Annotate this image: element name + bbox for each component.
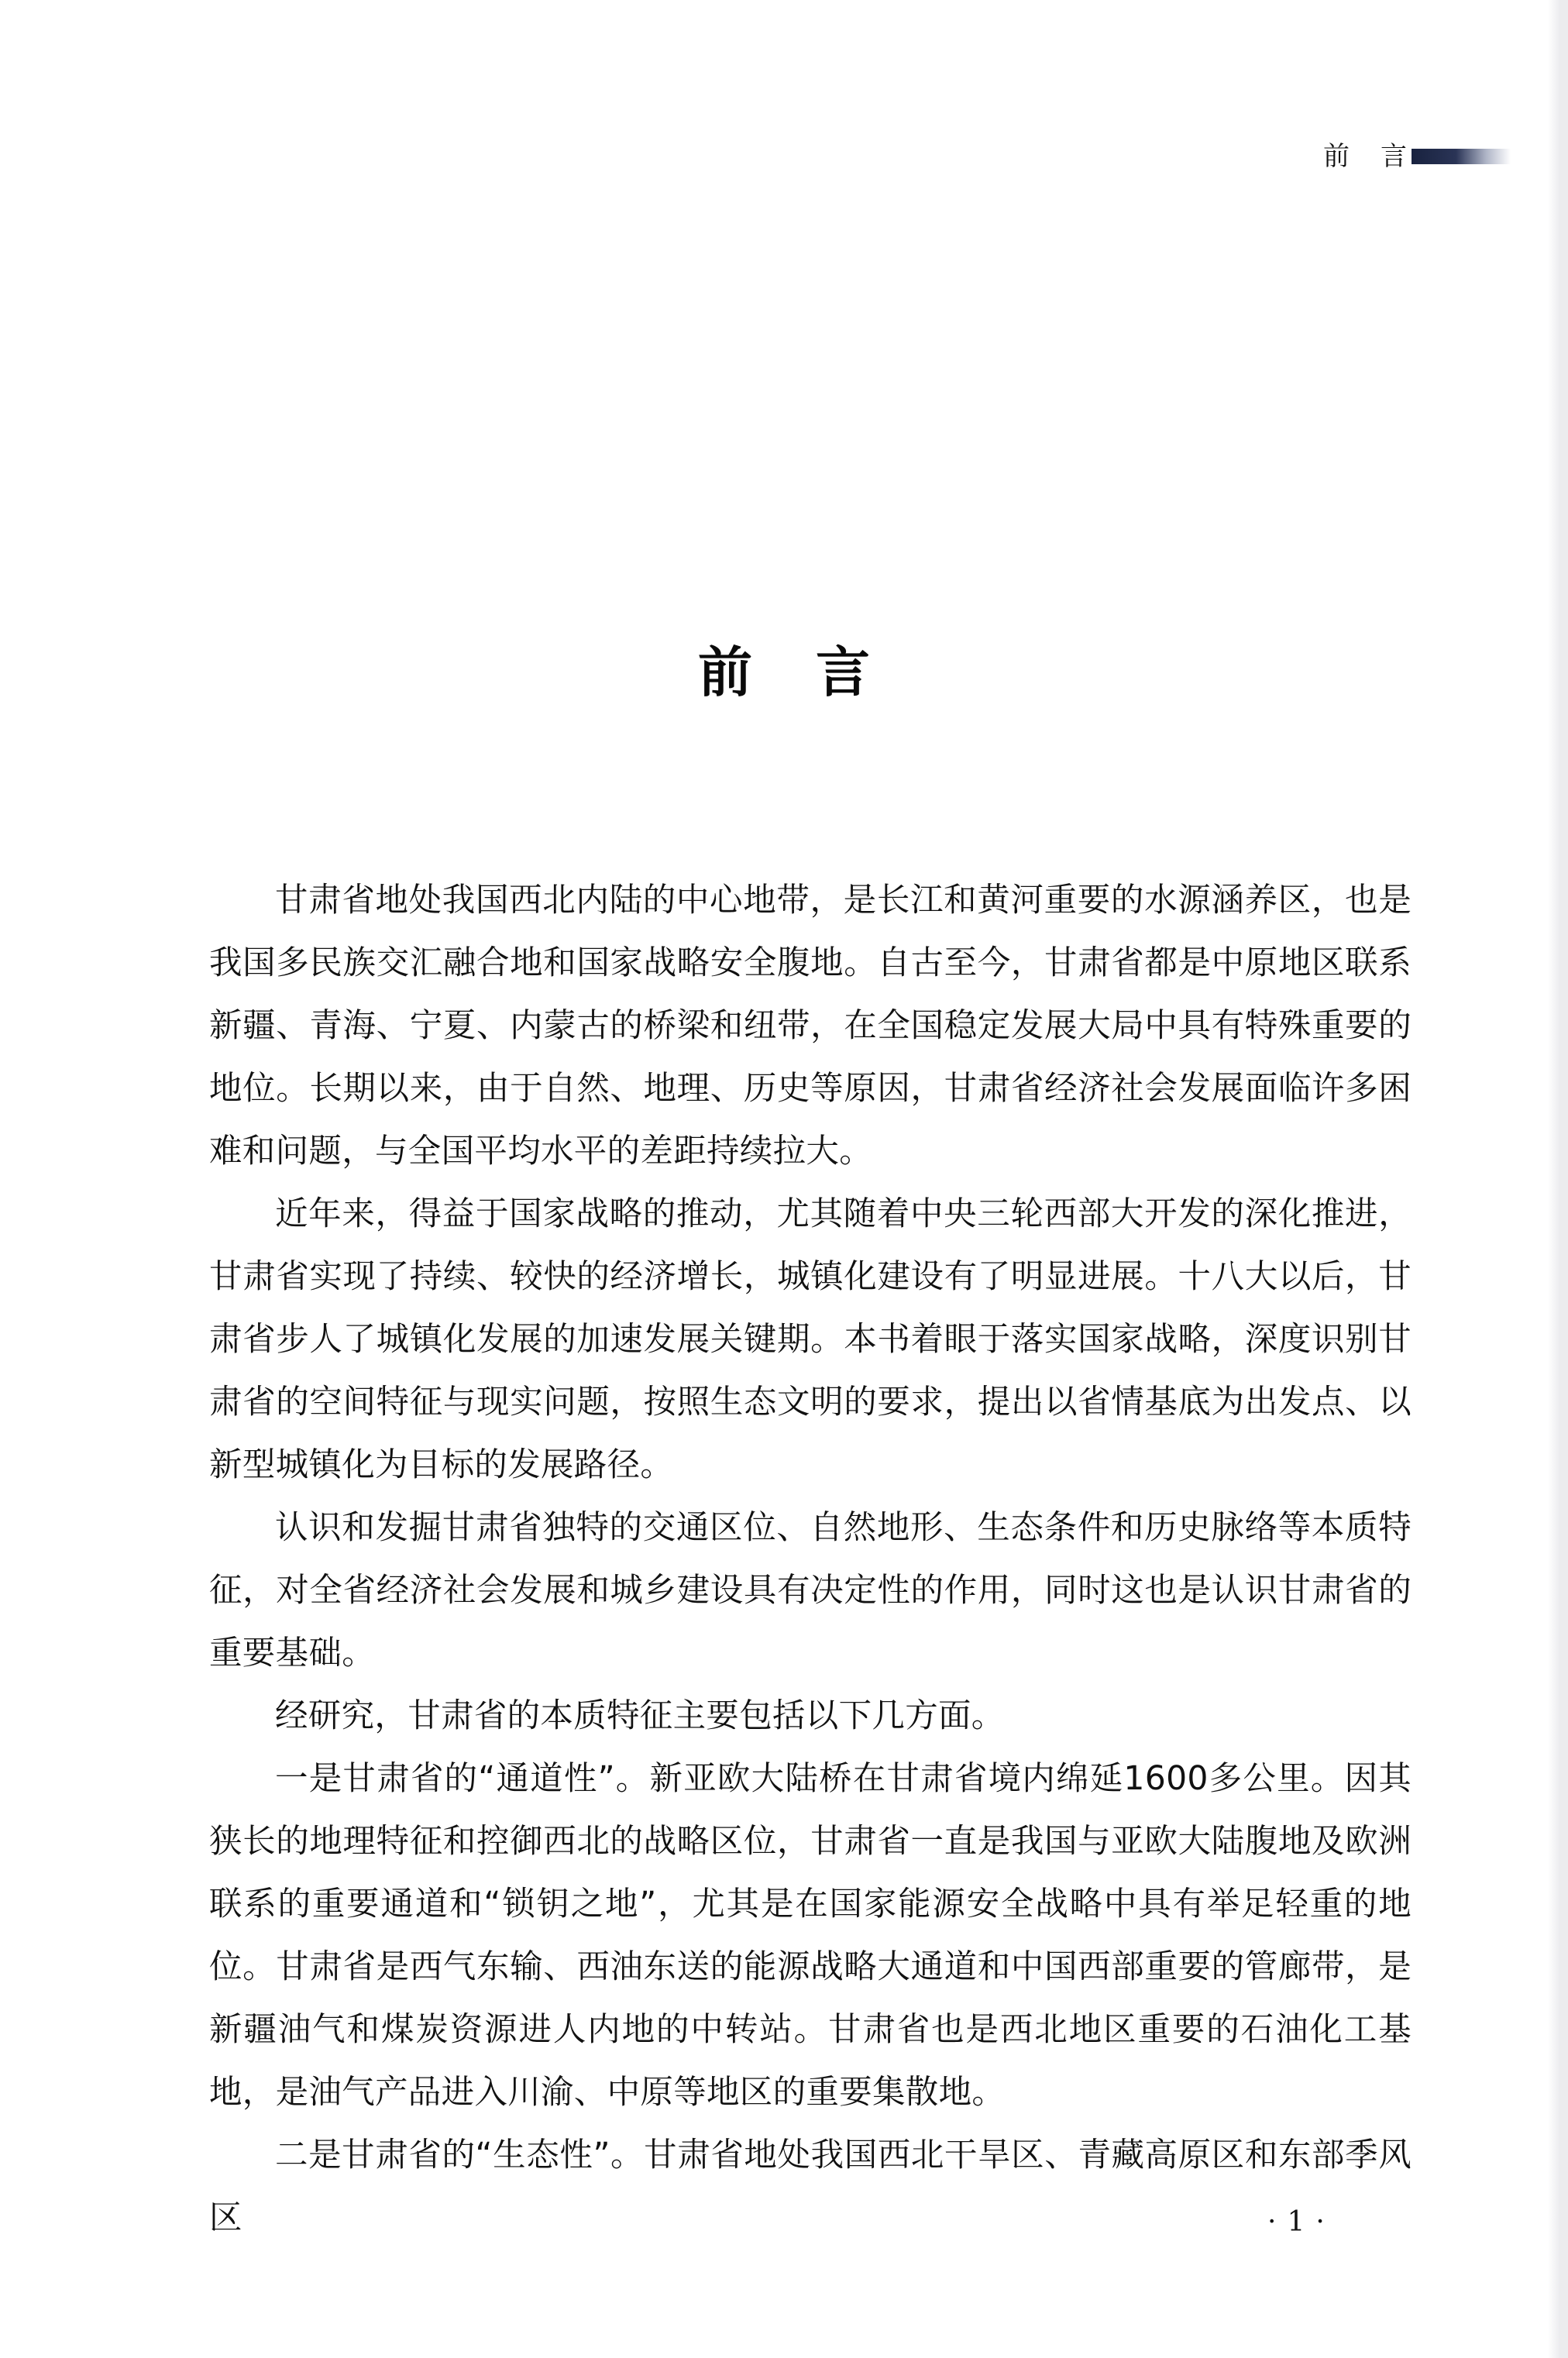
header-decorative-bar — [1412, 149, 1511, 164]
page-number: ·1· — [1267, 2206, 1336, 2238]
paragraph: 一是甘肃省的“通道性”。新亚欧大陆桥在甘肃省境内绵延1600多公里。因其狭长的地… — [209, 1748, 1412, 2124]
body-text: 甘肃省地处我国西北内陆的中心地带，是长江和黄河重要的水源涵养区，也是我国多民族交… — [209, 869, 1412, 2250]
paragraph: 近年来，得益于国家战略的推动，尤其随着中央三轮西部大开发的深化推进，甘肃省实现了… — [209, 1183, 1412, 1497]
running-header: 前言 — [1323, 133, 1511, 180]
chapter-title: 前言 — [0, 645, 1568, 699]
paragraph: 经研究，甘肃省的本质特征主要包括以下几方面。 — [209, 1685, 1412, 1748]
page-edge-shadow — [1548, 0, 1568, 2358]
paragraph: 甘肃省地处我国西北内陆的中心地带，是长江和黄河重要的水源涵养区，也是我国多民族交… — [209, 869, 1412, 1183]
paragraph: 认识和发掘甘肃省独特的交通区位、自然地形、生态条件和历史脉络等本质特征，对全省经… — [209, 1497, 1412, 1685]
paragraph: 二是甘肃省的“生态性”。甘肃省地处我国西北干旱区、青藏高原区和东部季风区 — [209, 2124, 1412, 2250]
